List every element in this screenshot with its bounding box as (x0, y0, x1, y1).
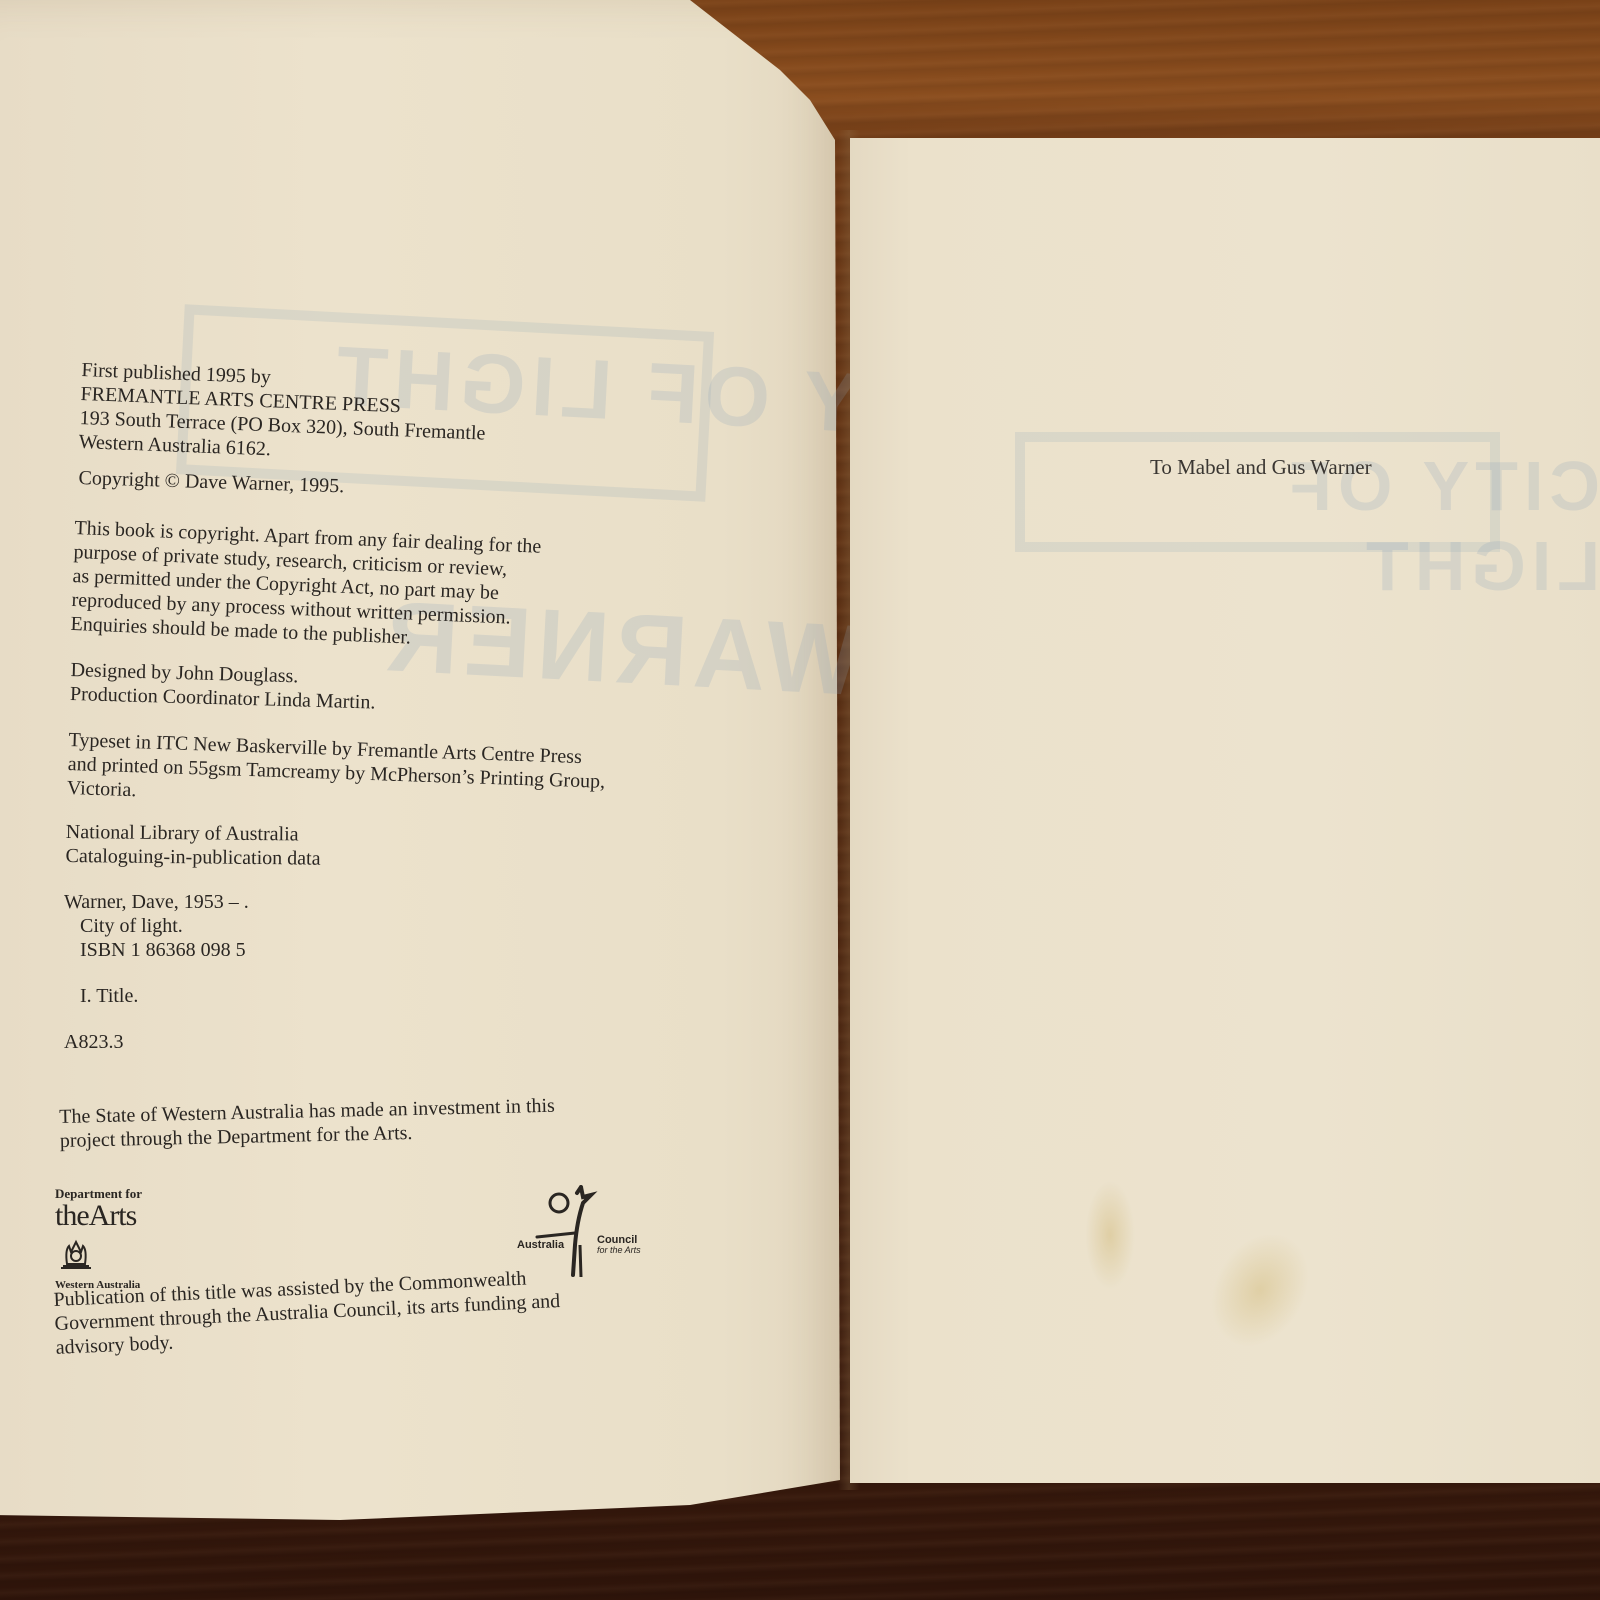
logo-australia-text: Australia (517, 1239, 564, 1251)
paper-stain (1085, 1180, 1135, 1290)
cip-header-line: Cataloguing-in-publication data (65, 844, 320, 871)
logo-council-sub: for the Arts (597, 1245, 641, 1255)
cip-title: City of light. (64, 914, 249, 938)
cip-author: Warner, Dave, 1953 – . (64, 890, 249, 914)
cip-subject: I. Title. (64, 984, 249, 1008)
cip-entry: Warner, Dave, 1953 – . City of light. IS… (64, 890, 249, 1054)
publisher-block: First published 1995 by FREMANTLE ARTS C… (78, 358, 488, 483)
cip-classification: A823.3 (64, 1030, 249, 1054)
rights-block: This book is copyright. Apart from any f… (70, 516, 542, 655)
logo-big-text: theArts (55, 1202, 142, 1230)
cip-header: National Library of Australia Cataloguin… (65, 820, 320, 871)
cip-header-line: National Library of Australia (66, 820, 321, 847)
cip-isbn: ISBN 1 86368 098 5 (64, 938, 249, 962)
logo-council-text: Council for the Arts (597, 1235, 641, 1255)
dedication: To Mabel and Gus Warner (1150, 455, 1372, 480)
credits-block: Designed by John Douglass. Production Co… (70, 658, 377, 715)
department-for-the-arts-logo: Department for theArts Western Australia (55, 1186, 142, 1291)
western-australia-crest-icon (55, 1236, 142, 1275)
